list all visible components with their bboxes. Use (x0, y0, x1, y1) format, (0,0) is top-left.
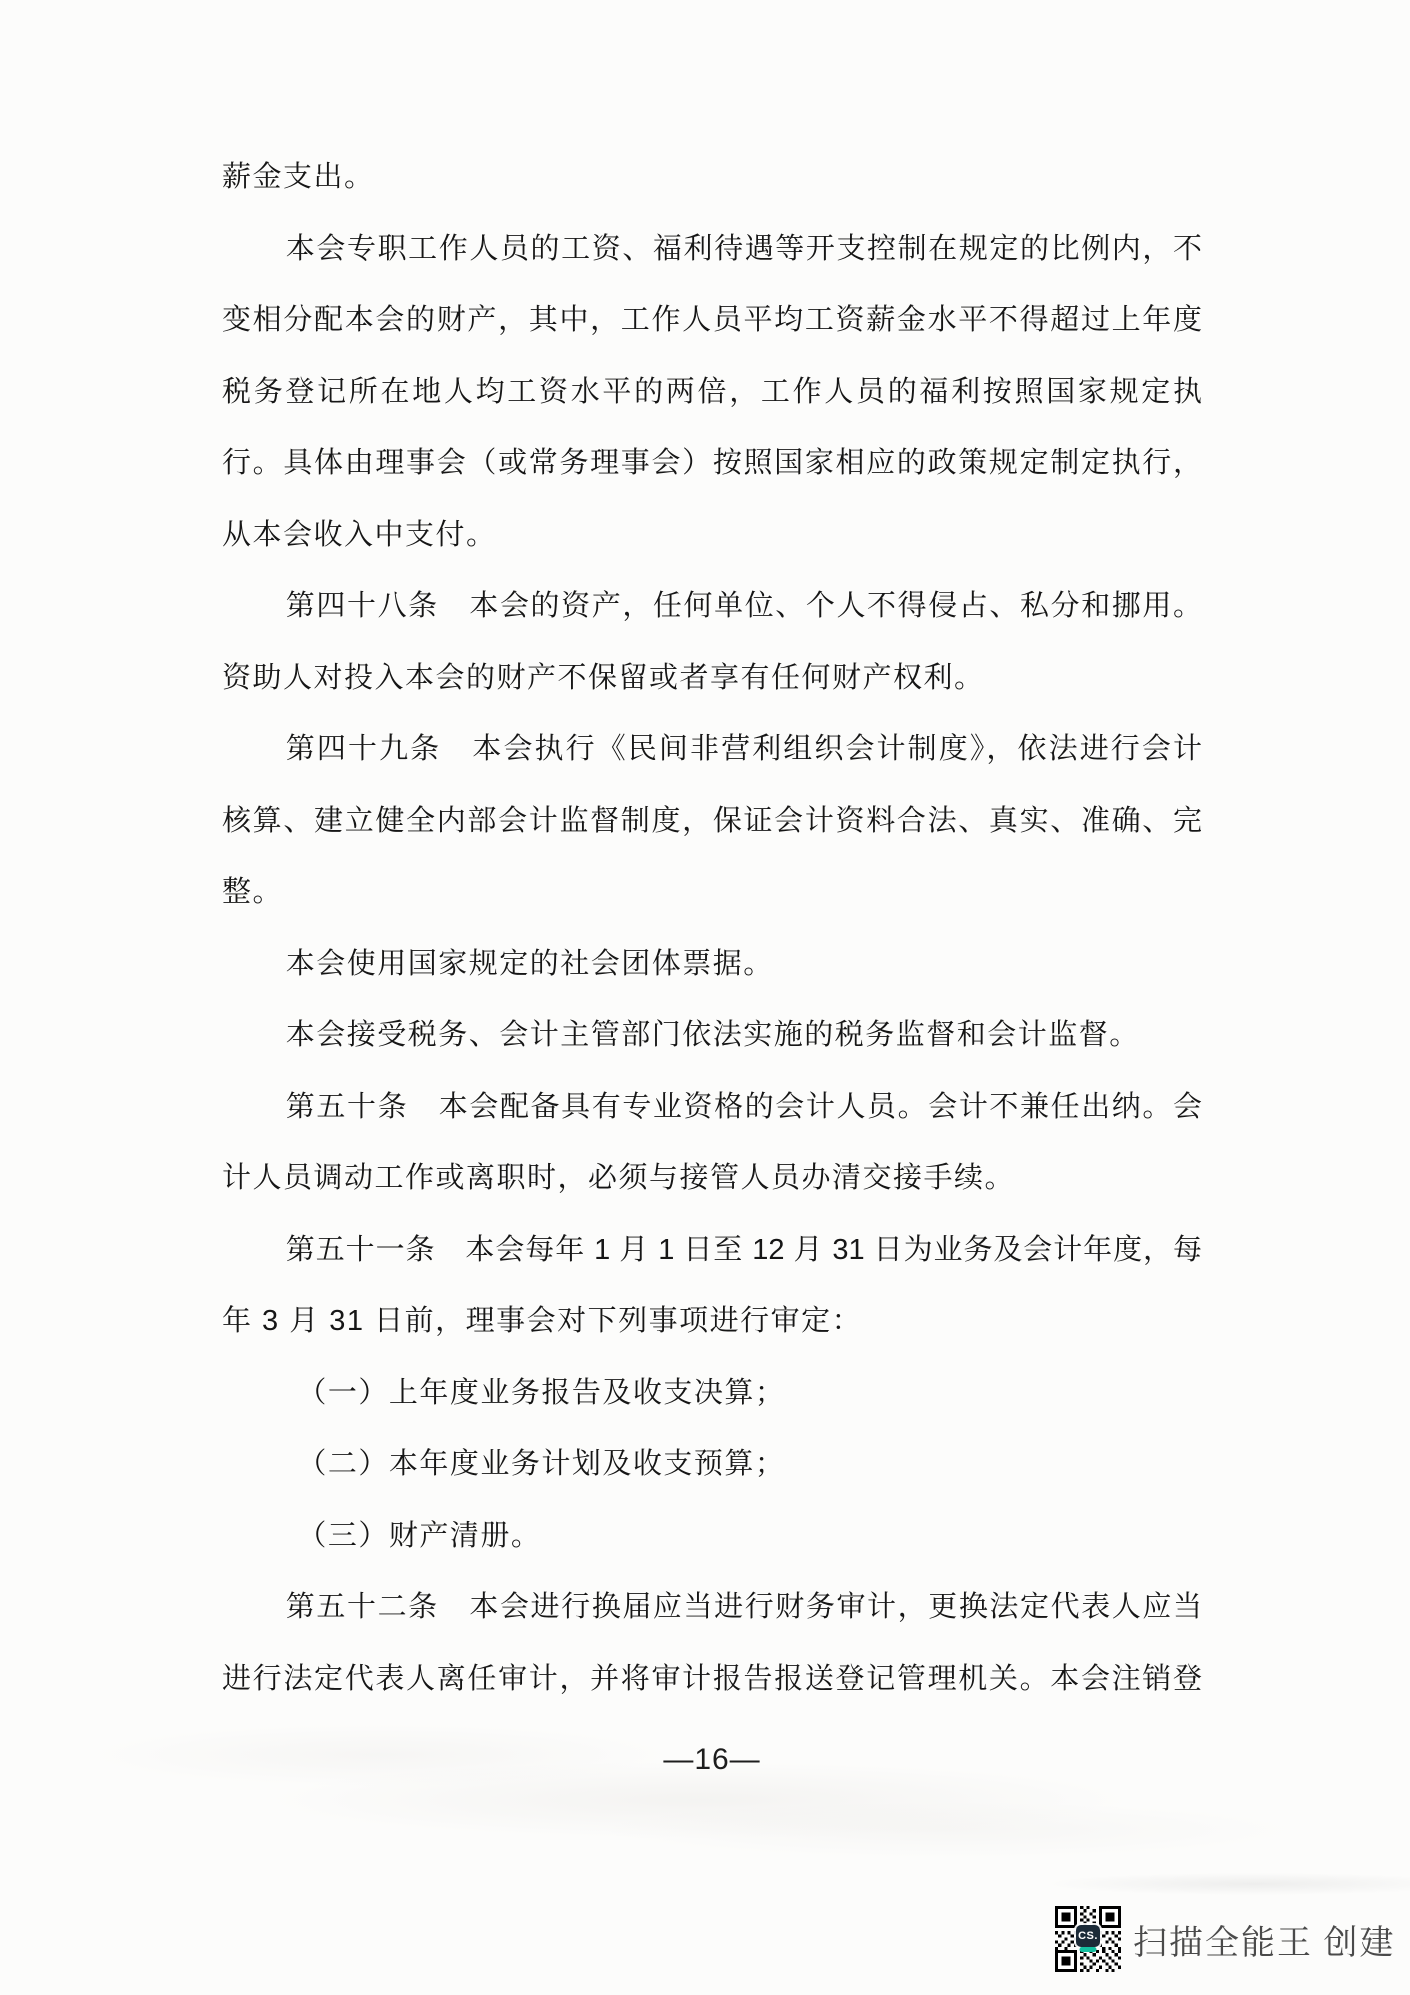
page-number: —16— (222, 1743, 1202, 1777)
text-line: 计人员调动工作或离职时，必须与接管人员办清交接手续。 (222, 1143, 1202, 1215)
text-line: 从本会收入中支付。 (222, 500, 1202, 572)
text-line: 变相分配本会的财产，其中，工作人员平均工资薪金水平不得超过上年度 (222, 285, 1202, 357)
document-body: 薪金支出。本会专职工作人员的工资、福利待遇等开支控制在规定的比例内，不变相分配本… (222, 142, 1202, 1715)
text-line: 薪金支出。 (222, 142, 1202, 214)
text-line: 第五十一条 本会每年 1 月 1 日至 12 月 31 日为业务及会计年度，每 (222, 1215, 1202, 1287)
text-line: 本会使用国家规定的社会团体票据。 (222, 929, 1202, 1001)
text-line: 行。具体由理事会（或常务理事会）按照国家相应的政策规定制定执行， (222, 428, 1202, 500)
scanned-document-page: 薪金支出。本会专职工作人员的工资、福利待遇等开支控制在规定的比例内，不变相分配本… (0, 0, 1410, 1995)
camscanner-logo-text: CS. (1078, 1931, 1098, 1942)
text-line: 第五十二条 本会进行换届应当进行财务审计，更换法定代表人应当 (222, 1572, 1202, 1644)
text-line: （三）财产清册。 (222, 1501, 1202, 1573)
text-line: 核算、建立健全内部会计监督制度，保证会计资料合法、真实、准确、完 (222, 786, 1202, 858)
text-line: 第四十九条 本会执行《民间非营利组织会计制度》，依法进行会计 (222, 714, 1202, 786)
text-line: 进行法定代表人离任审计，并将审计报告报送登记管理机关。本会注销登 (222, 1644, 1202, 1716)
text-line: 税务登记所在地人均工资水平的两倍，工作人员的福利按照国家规定执 (222, 357, 1202, 429)
text-line: 本会接受税务、会计主管部门依法实施的税务监督和会计监督。 (222, 1000, 1202, 1072)
text-line: （二）本年度业务计划及收支预算； (222, 1429, 1202, 1501)
scanner-watermark: CS. 扫描全能王 创建 (1055, 1905, 1396, 1973)
watermark-label: 扫描全能王 创建 (1133, 1915, 1396, 1964)
camscanner-logo: CS. (1076, 1925, 1100, 1947)
text-line: 第四十八条 本会的资产，任何单位、个人不得侵占、私分和挪用。 (222, 571, 1202, 643)
text-line: 年 3 月 31 日前，理事会对下列事项进行审定： (222, 1286, 1202, 1358)
text-line: 整。 (222, 857, 1202, 929)
text-line: 第五十条 本会配备具有专业资格的会计人员。会计不兼任出纳。会 (222, 1072, 1202, 1144)
text-line: 资助人对投入本会的财产不保留或者享有任何财产权利。 (222, 643, 1202, 715)
text-line: （一）上年度业务报告及收支决算； (222, 1358, 1202, 1430)
qr-code-icon: CS. (1055, 1905, 1121, 1973)
text-line: 本会专职工作人员的工资、福利待遇等开支控制在规定的比例内，不 (222, 214, 1202, 286)
